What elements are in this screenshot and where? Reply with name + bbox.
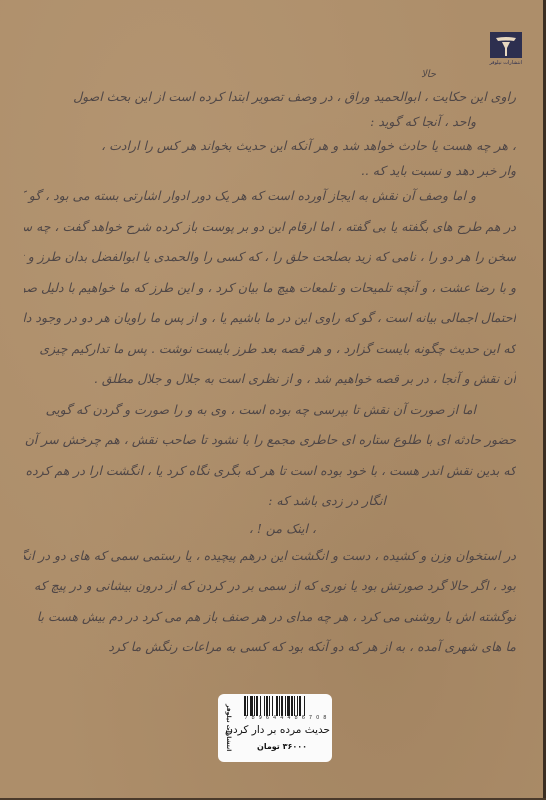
text-line: بود ، اگر حالا گرد صورتش بود یا نوری که … (24, 571, 516, 602)
publisher-logo: انتشارات نیلوفر (490, 32, 522, 64)
text-line: انگار در زدی باشد که : (24, 486, 516, 517)
price: ۳۶۰۰۰ تومان (234, 742, 330, 751)
barcode-number: 7 8 9 6 4 4 4 8 6 7 0 8 (244, 715, 328, 721)
text-line: و با رضا عشت ، و آنچه تلمیحات و تلمعات ه… (24, 273, 516, 304)
text-line: ، اینک من ! ، (24, 517, 516, 541)
text-line: وار خبر دهد و نسبت باید که .. (24, 161, 516, 181)
publisher-logo-icon (490, 32, 522, 58)
text-line: راوی این حکایت ، ابوالحمید وراق ، در وصف… (24, 82, 516, 113)
text-line: حضور حادثه ای با طلوع ستاره ای حاطری مجم… (24, 425, 516, 456)
text-line: آن نقش و آنجا ، در بر قصه خواهیم شد ، و … (24, 364, 516, 395)
text-line: و اما وصف آن نقش به ایجاز آورده است که ه… (24, 181, 516, 212)
text-line: که این حدیث چگونه بایست گزارد ، و هر قصه… (24, 334, 516, 365)
text-line: نوگشته اش با روشنی می کرد ، هر چه مدای د… (24, 602, 516, 633)
margin-note: حالا (24, 68, 516, 82)
publisher-name: انتشارات نیلوفر (490, 60, 522, 66)
text-line: واحد ، آنجا که گوید : (24, 113, 516, 131)
barcode-bar (305, 696, 306, 716)
text-line: ، هر چه هست یا حادث خواهد شد و هر آنکه ا… (24, 131, 516, 162)
text-line: سخن را هر دو را ، نامی که زید بصلحت حلق … (24, 242, 516, 273)
text-line: اما از صورت آن نقش تا بپرسی چه بوده است … (24, 395, 516, 426)
price-label-sticker: انتشارات نیلوفر 7 8 9 6 4 4 4 8 6 7 0 8 … (218, 694, 332, 762)
book-title: حدیث مرده بر دار کردن (234, 724, 330, 736)
text-line: در استخوان وزن و کشیده ، دست و انگشت این… (24, 541, 516, 572)
text-line: احتمال اجمالی بیانه است ، گو که راوی این… (24, 303, 516, 334)
text-line: که بدین نقش اندر هست ، با خود بوده است ت… (24, 456, 516, 487)
text-line: ما های شهری آمده ، به از هر که دو آنکه ب… (24, 632, 516, 663)
handwritten-text-block: حالا راوی این حکایت ، ابوالحمید وراق ، د… (24, 68, 516, 663)
barcode (244, 696, 328, 716)
book-back-cover: انتشارات نیلوفر حالا راوی این حکایت ، اب… (0, 0, 546, 800)
text-line: در هم طرح های بگفته یا بی گفته ، اما ارق… (24, 212, 516, 243)
